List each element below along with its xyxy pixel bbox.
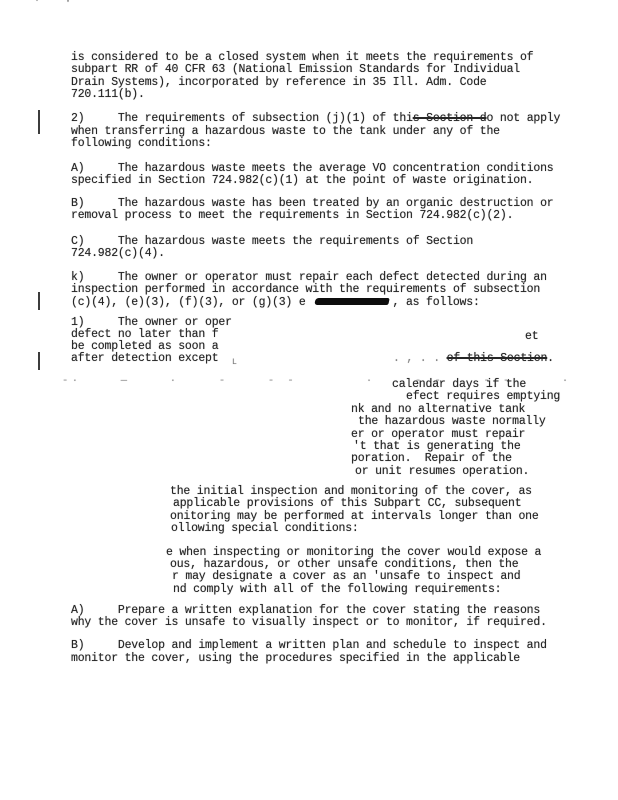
text-line-itemC-1: C) The hazardous waste meets the require…	[71, 236, 473, 247]
text-line-itemK-1: k) The owner or operator must repair eac…	[71, 272, 547, 283]
text-fragment-8: or unit resumes operation.	[355, 466, 529, 477]
text-line-itemB-2: removal process to meet the requirements…	[71, 210, 513, 221]
para2-pre-text: 2) The requirements of subsection (j)(1)…	[71, 112, 413, 125]
text-line-intro-4: 720.111(b).	[71, 89, 145, 100]
text-line-itemK-2: inspection performed in accordance with …	[71, 284, 540, 295]
period-text: .	[547, 352, 554, 365]
text-line-para2-3: following conditions:	[71, 138, 212, 149]
text-fragment-et: et	[525, 331, 538, 342]
text-line-itemK-3: (c)(4), (e)(3), (f)(3), or (g)(3) e, as …	[71, 297, 480, 308]
text-line-mid-3: onitoring may be performed at intervals …	[170, 511, 539, 522]
text-fragment-4: the hazardous waste normally	[358, 416, 546, 427]
change-bar	[38, 292, 40, 310]
text-fragment-1: calendar days if the	[392, 379, 526, 390]
text-line-mid-8: nd comply with all of the following requ…	[173, 584, 501, 595]
text-line-prepA-2: why the cover is unsafe to visually insp…	[71, 617, 547, 628]
text-line-mid-5: e when inspecting or monitoring the cove…	[166, 547, 541, 558]
struck-text: s Section d	[413, 112, 487, 125]
text-fragment-3: nk and no alternative tank	[351, 404, 525, 415]
text-line-sub1-4: after detection except	[71, 353, 218, 364]
change-bar	[38, 110, 40, 134]
struck-text: of this Section	[447, 352, 548, 365]
text-line-prepB-2: monitor the cover, using the procedures …	[71, 653, 520, 664]
text-line-itemA-1: A) The hazardous waste meets the average…	[71, 163, 553, 174]
text-line-para2-1: 2) The requirements of subsection (j)(1)…	[71, 113, 560, 124]
text-line-para2-2: when transferring a hazardous waste to t…	[71, 126, 500, 137]
text-line-mid-7: r may designate a cover as an 'unsafe to…	[172, 571, 520, 582]
text-fragment-7: poration. Repair of the	[351, 453, 512, 464]
text-line-mid-1: the initial inspection and monitoring of…	[170, 486, 532, 497]
text-line-itemC-2: 724.982(c)(4).	[71, 248, 165, 259]
change-bar	[38, 352, 40, 370]
text-line-prepB-1: B) Develop and implement a written plan …	[71, 640, 547, 651]
stray-scan-mark: L	[232, 357, 237, 368]
redaction-bar	[314, 298, 389, 305]
scan-tick-mark: '	[34, 0, 40, 9]
para2-post-text: o not apply	[486, 112, 560, 125]
text-line-itemA-2: specified in Section 724.982(c)(1) at th…	[71, 175, 533, 186]
itemK-pre-text: (c)(4), (e)(3), (f)(3), or (g)(3) e	[71, 296, 306, 309]
text-line-sub1-1: 1) The owner or oper	[71, 317, 232, 328]
leader-dots: . , . .	[393, 352, 440, 365]
text-line-sub1-2: defect no later than f	[71, 329, 218, 340]
text-line-mid-6: ous, hazardous, or other unsafe conditio…	[170, 559, 518, 570]
text-line-mid-2: applicable provisions of this Subpart CC…	[173, 498, 521, 509]
text-line-intro-1: is considered to be a closed system when…	[71, 52, 533, 63]
scanned-document-page: ' ' is considered to be a closed system …	[0, 0, 618, 800]
text-line-sub1-4-right: . , . . of this Section.	[393, 353, 554, 364]
text-line-intro-3: Drain Systems), incorporated by referenc…	[71, 77, 486, 88]
text-line-sub1-3: be completed as soon a	[71, 341, 218, 352]
scan-tick-mark: '	[65, 0, 71, 10]
text-line-itemB-1: B) The hazardous waste has been treated …	[71, 198, 553, 209]
text-fragment-6: 't that is generating the	[353, 441, 521, 452]
text-line-mid-4: ollowing special conditions:	[171, 523, 359, 534]
text-fragment-5: er or operator must repair	[351, 429, 525, 440]
text-line-intro-2: subpart RR of 40 CFR 63 (National Emissi…	[71, 64, 520, 75]
itemK-post-text: , as follows:	[393, 296, 480, 309]
text-line-prepA-1: A) Prepare a written explanation for the…	[71, 605, 540, 616]
text-fragment-2: efect requires emptying	[406, 391, 560, 402]
